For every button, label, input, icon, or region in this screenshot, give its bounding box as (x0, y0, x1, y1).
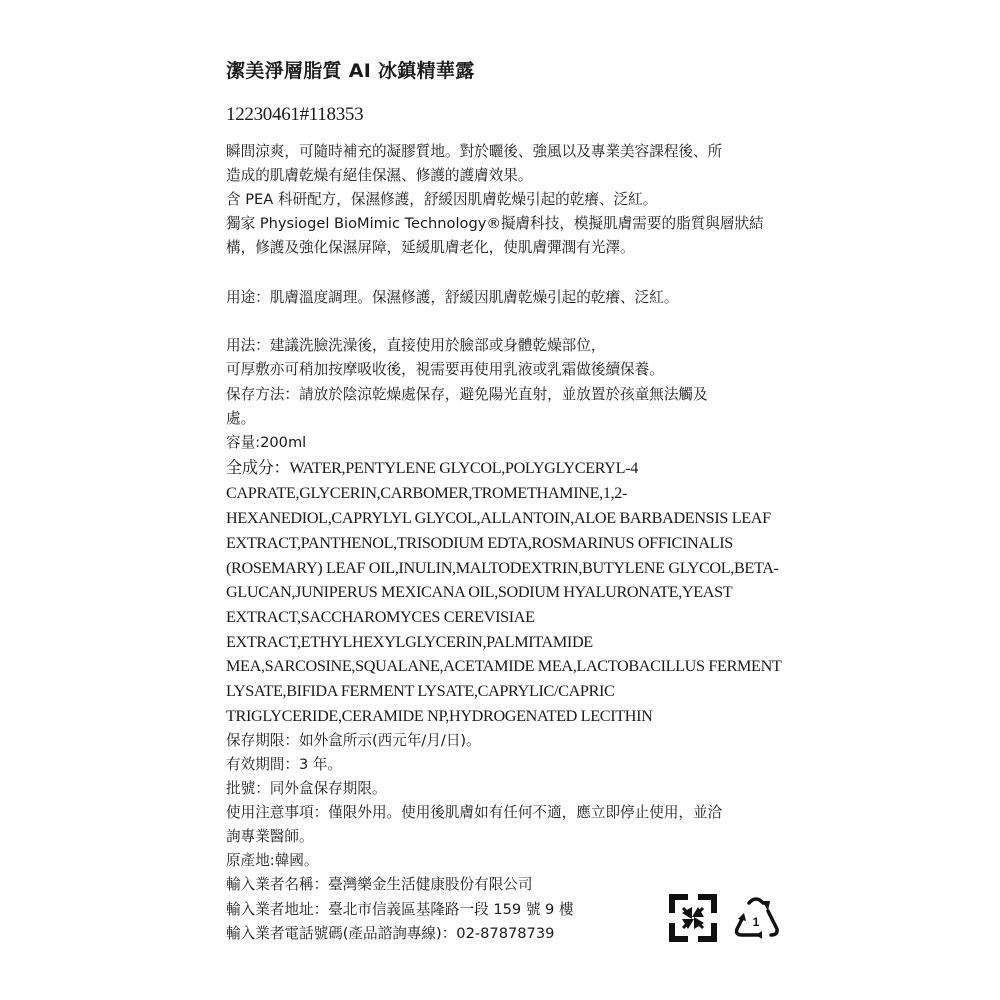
product-title: 潔美淨層脂質 AI 冰鎮精華露 (226, 56, 475, 83)
usage-purpose: 用途：肌膚溫度調理。保濕修護，舒緩因肌膚乾燥引起的乾癢、泛紅。 (226, 286, 678, 310)
origin: 原產地:韓國。 (226, 849, 318, 873)
ingredients-line: 全成分：WATER,PENTYLENE GLYCOL,POLYGLYCERYL-… (226, 456, 638, 480)
ingredients-line: TRIGLYCERIDE,CERAMIDE NP,HYDROGENATED LE… (226, 704, 653, 728)
description-line: 瞬間涼爽，可隨時補充的凝膠質地。對於曬後、強風以及專業美容課程後、所 (226, 140, 722, 164)
ingredients-line: (ROSEMARY) LEAF OIL,INULIN,MALTODEXTRIN,… (226, 556, 779, 580)
importer-name: 輸入業者名稱：臺灣樂金生活健康股份有限公司 (226, 873, 532, 897)
expiry-info: 保存期限：如外盒所示(西元年/月/日)。 (226, 729, 481, 753)
ingredients-line: EXTRACT,SACCHAROMYCES CEREVISIAE (226, 605, 535, 629)
product-code: 12230461#118353 (226, 104, 363, 126)
description-line: 獨家 Physiogel BioMimic Technology®擬膚科技，模擬… (226, 212, 764, 236)
ingredients-line: HEXANEDIOL,CAPRYLYL GLYCOL,ALLANTOIN,ALO… (226, 506, 771, 530)
description-line: 造成的肌膚乾燥有絕佳保濕、修護的護膚效果。 (226, 164, 532, 188)
taiwan-recycle-icon (668, 893, 718, 943)
directions-line: 可厚敷亦可稍加按摩吸收後，視需要再使用乳液或乳霜做後續保養。 (226, 358, 664, 382)
storage-line: 保存方法：請放於陰涼乾燥處保存，避免陽光直射，並放置於孩童無法觸及 (226, 383, 708, 407)
recycling-icons: 1 (668, 893, 780, 943)
importer-address: 輸入業者地址：臺北市信義區基隆路一段 159 號 9 樓 (226, 898, 574, 922)
storage-line: 處。 (226, 407, 255, 431)
ingredients-line: CAPRATE,GLYCERIN,CARBOMER,TROMETHAMINE,1… (226, 481, 627, 505)
ingredients-line: EXTRACT,PANTHENOL,TRISODIUM EDTA,ROSMARI… (226, 531, 733, 555)
directions-line: 用法：建議洗臉洗澡後，直接使用於臉部或身體乾燥部位， (226, 334, 605, 358)
batch-number: 批號：同外盒保存期限。 (226, 777, 387, 801)
caution-line: 詢專業醫師。 (226, 825, 314, 849)
description-line: 含 PEA 科研配方，保濕修護，舒緩因肌膚乾燥引起的乾癢、泛紅。 (226, 188, 657, 212)
ingredients-line: EXTRACT,ETHYLHEXYLGLYCERIN,PALMITAMIDE (226, 630, 593, 654)
volume: 容量:200ml (226, 431, 306, 455)
pet-number: 1 (753, 915, 760, 929)
ingredients-line: GLUCAN,JUNIPERUS MEXICANA OIL,SODIUM HYA… (226, 580, 732, 604)
validity-period: 有效期間：3 年。 (226, 753, 342, 777)
ingredients-line: LYSATE,BIFIDA FERMENT LYSATE,CAPRYLIC/CA… (226, 679, 615, 703)
description-line: 構，修護及強化保濕屏障，延緩肌膚老化，使肌膚彈潤有光澤。 (226, 236, 635, 260)
importer-phone: 輸入業者電話號碼(產品諮詢專線)：02-87878739 (226, 922, 554, 946)
caution-line: 使用注意事項：僅限外用。使用後肌膚如有任何不適，應立即停止使用，並洽 (226, 801, 722, 825)
ingredients-line: MEA,SARCOSINE,SQUALANE,ACETAMIDE MEA,LAC… (226, 654, 781, 678)
pet-1-recycle-icon: 1 (732, 895, 780, 941)
